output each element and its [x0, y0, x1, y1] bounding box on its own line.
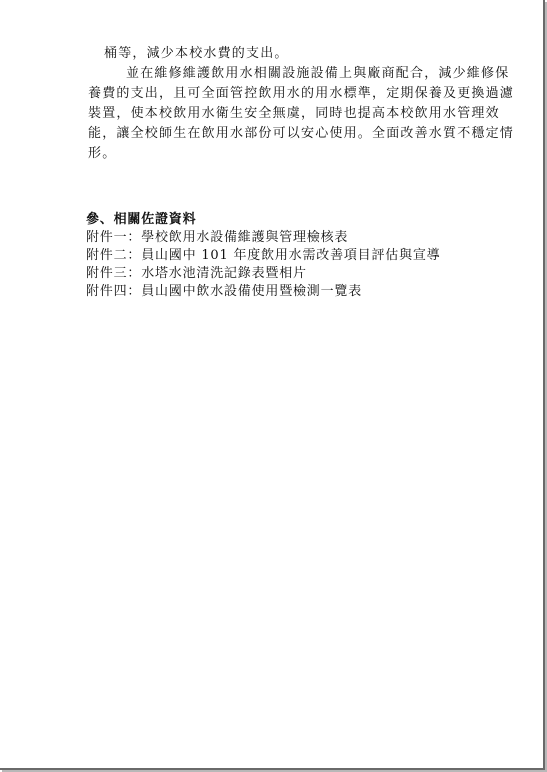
supporting-documents-section: 參、相關佐證資料 附件一：學校飲用水設備維護與管理檢核表 附件二：員山國中 10… — [86, 211, 440, 301]
paragraph-line: 桶等，減少本校水費的支出。 — [88, 44, 468, 64]
paragraph-line: 形。 — [88, 144, 468, 164]
attachment-item-3: 附件三：水塔水池清洗記錄表暨相片 — [86, 265, 440, 283]
attachment-item-1: 附件一：學校飲用水設備維護與管理檢核表 — [86, 229, 440, 247]
attachment-item-4: 附件四：員山國中飲水設備使用暨檢測一覽表 — [86, 283, 440, 301]
body-paragraph: 桶等，減少本校水費的支出。 並在維修維護飲用水相關設施設備上與廠商配合，減少維修… — [88, 44, 468, 164]
attachment-item-2: 附件二：員山國中 101 年度飲用水需改善項目評估與宣導 — [86, 247, 440, 265]
document-page: 桶等，減少本校水費的支出。 並在維修維護飲用水相關設施設備上與廠商配合，減少維修… — [0, 0, 545, 770]
paragraph-line: 養費的支出，且可全面管控飲用水的用水標準，定期保養及更換過濾 — [88, 84, 468, 104]
paragraph-line: 裝置，使本校飲用水衛生安全無虞，同時也提高本校飲用水管理效 — [88, 104, 468, 124]
paragraph-line: 能，讓全校師生在飲用水部份可以安心使用。全面改善水質不穩定情 — [88, 124, 468, 144]
paragraph-line: 並在維修維護飲用水相關設施設備上與廠商配合，減少維修保 — [88, 64, 468, 84]
section-title: 參、相關佐證資料 — [86, 211, 440, 229]
